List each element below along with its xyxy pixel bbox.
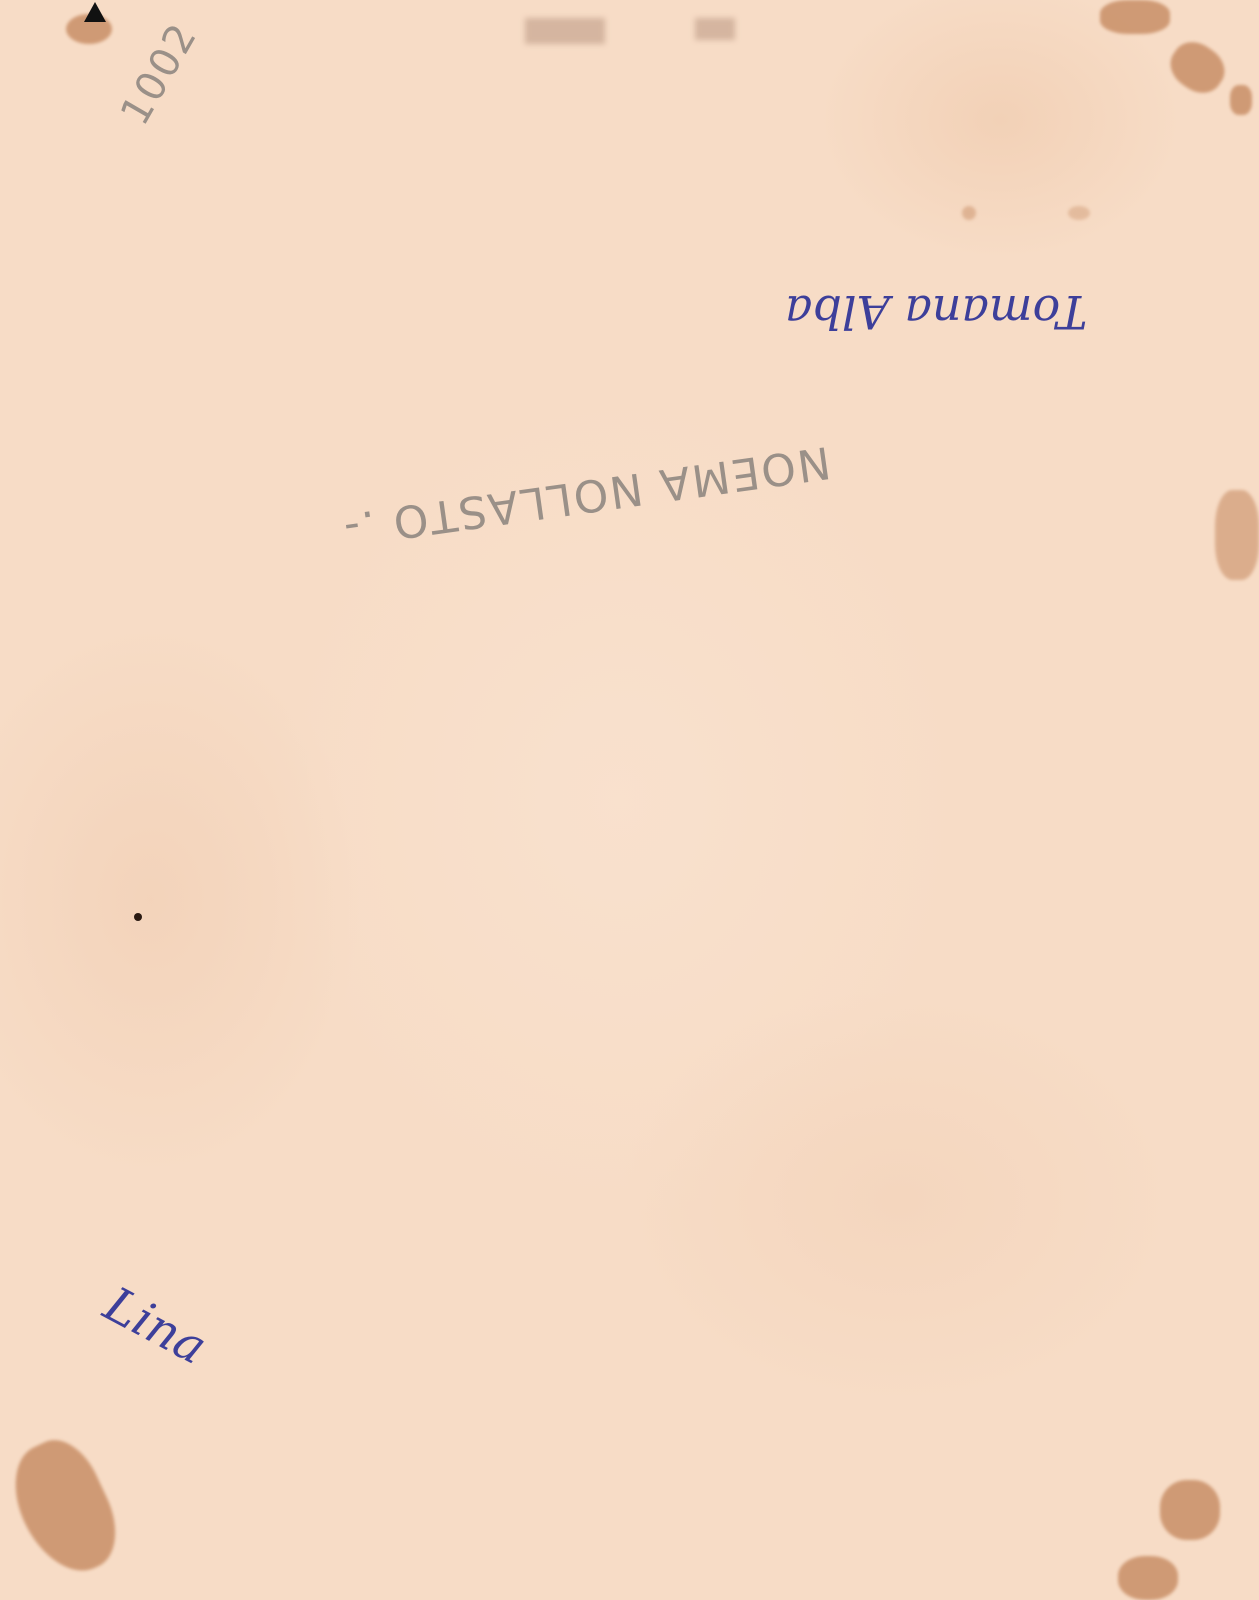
stain-spot-1	[962, 206, 976, 220]
stain-right-edge	[1215, 490, 1259, 580]
corner-mount-mark	[84, 2, 106, 22]
stain-bottom-right-2	[1118, 1556, 1178, 1600]
faint-print-smudge-1	[525, 18, 605, 44]
ink-name-upside-down: Tomana Alba	[785, 285, 1087, 339]
pin-hole	[134, 913, 142, 921]
stain-bottom-right-1	[1160, 1480, 1220, 1540]
stain-top-right-1	[1100, 0, 1170, 34]
stain-spot-2	[1068, 206, 1090, 220]
faint-print-smudge-2	[695, 18, 735, 40]
stain-top-right-3	[1230, 85, 1252, 115]
